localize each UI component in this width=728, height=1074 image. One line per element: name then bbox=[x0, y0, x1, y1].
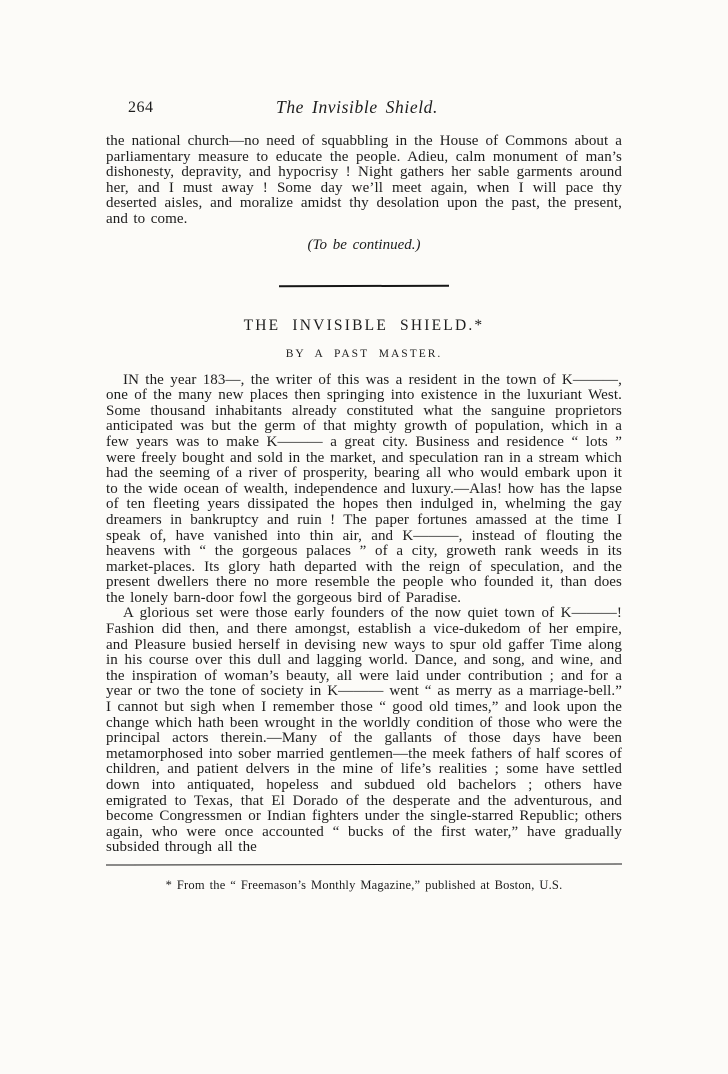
article-paragraph-1: IN the year 183—, the writer of this was… bbox=[106, 373, 622, 607]
footnote-area: * From the “ Freemason’s Monthly Magazin… bbox=[106, 864, 622, 893]
running-head: 264 The Invisible Shield. bbox=[106, 99, 622, 121]
running-title: The Invisible Shield. bbox=[106, 97, 608, 118]
footnote-text: * From the “ Freemason’s Monthly Magazin… bbox=[106, 878, 622, 893]
continuation-paragraph: the national church—no need of squabblin… bbox=[106, 134, 622, 228]
to-be-continued-note: (To be continued.) bbox=[106, 237, 622, 254]
book-page: 264 The Invisible Shield. the national c… bbox=[0, 0, 728, 1074]
article-title: THE INVISIBLE SHIELD.* bbox=[106, 317, 622, 335]
section-divider-rule bbox=[279, 284, 449, 287]
footnote-divider-rule bbox=[106, 863, 622, 865]
article-paragraph-2: A glorious set were those early founders… bbox=[106, 606, 622, 856]
article-byline: BY A PAST MASTER. bbox=[106, 348, 622, 360]
